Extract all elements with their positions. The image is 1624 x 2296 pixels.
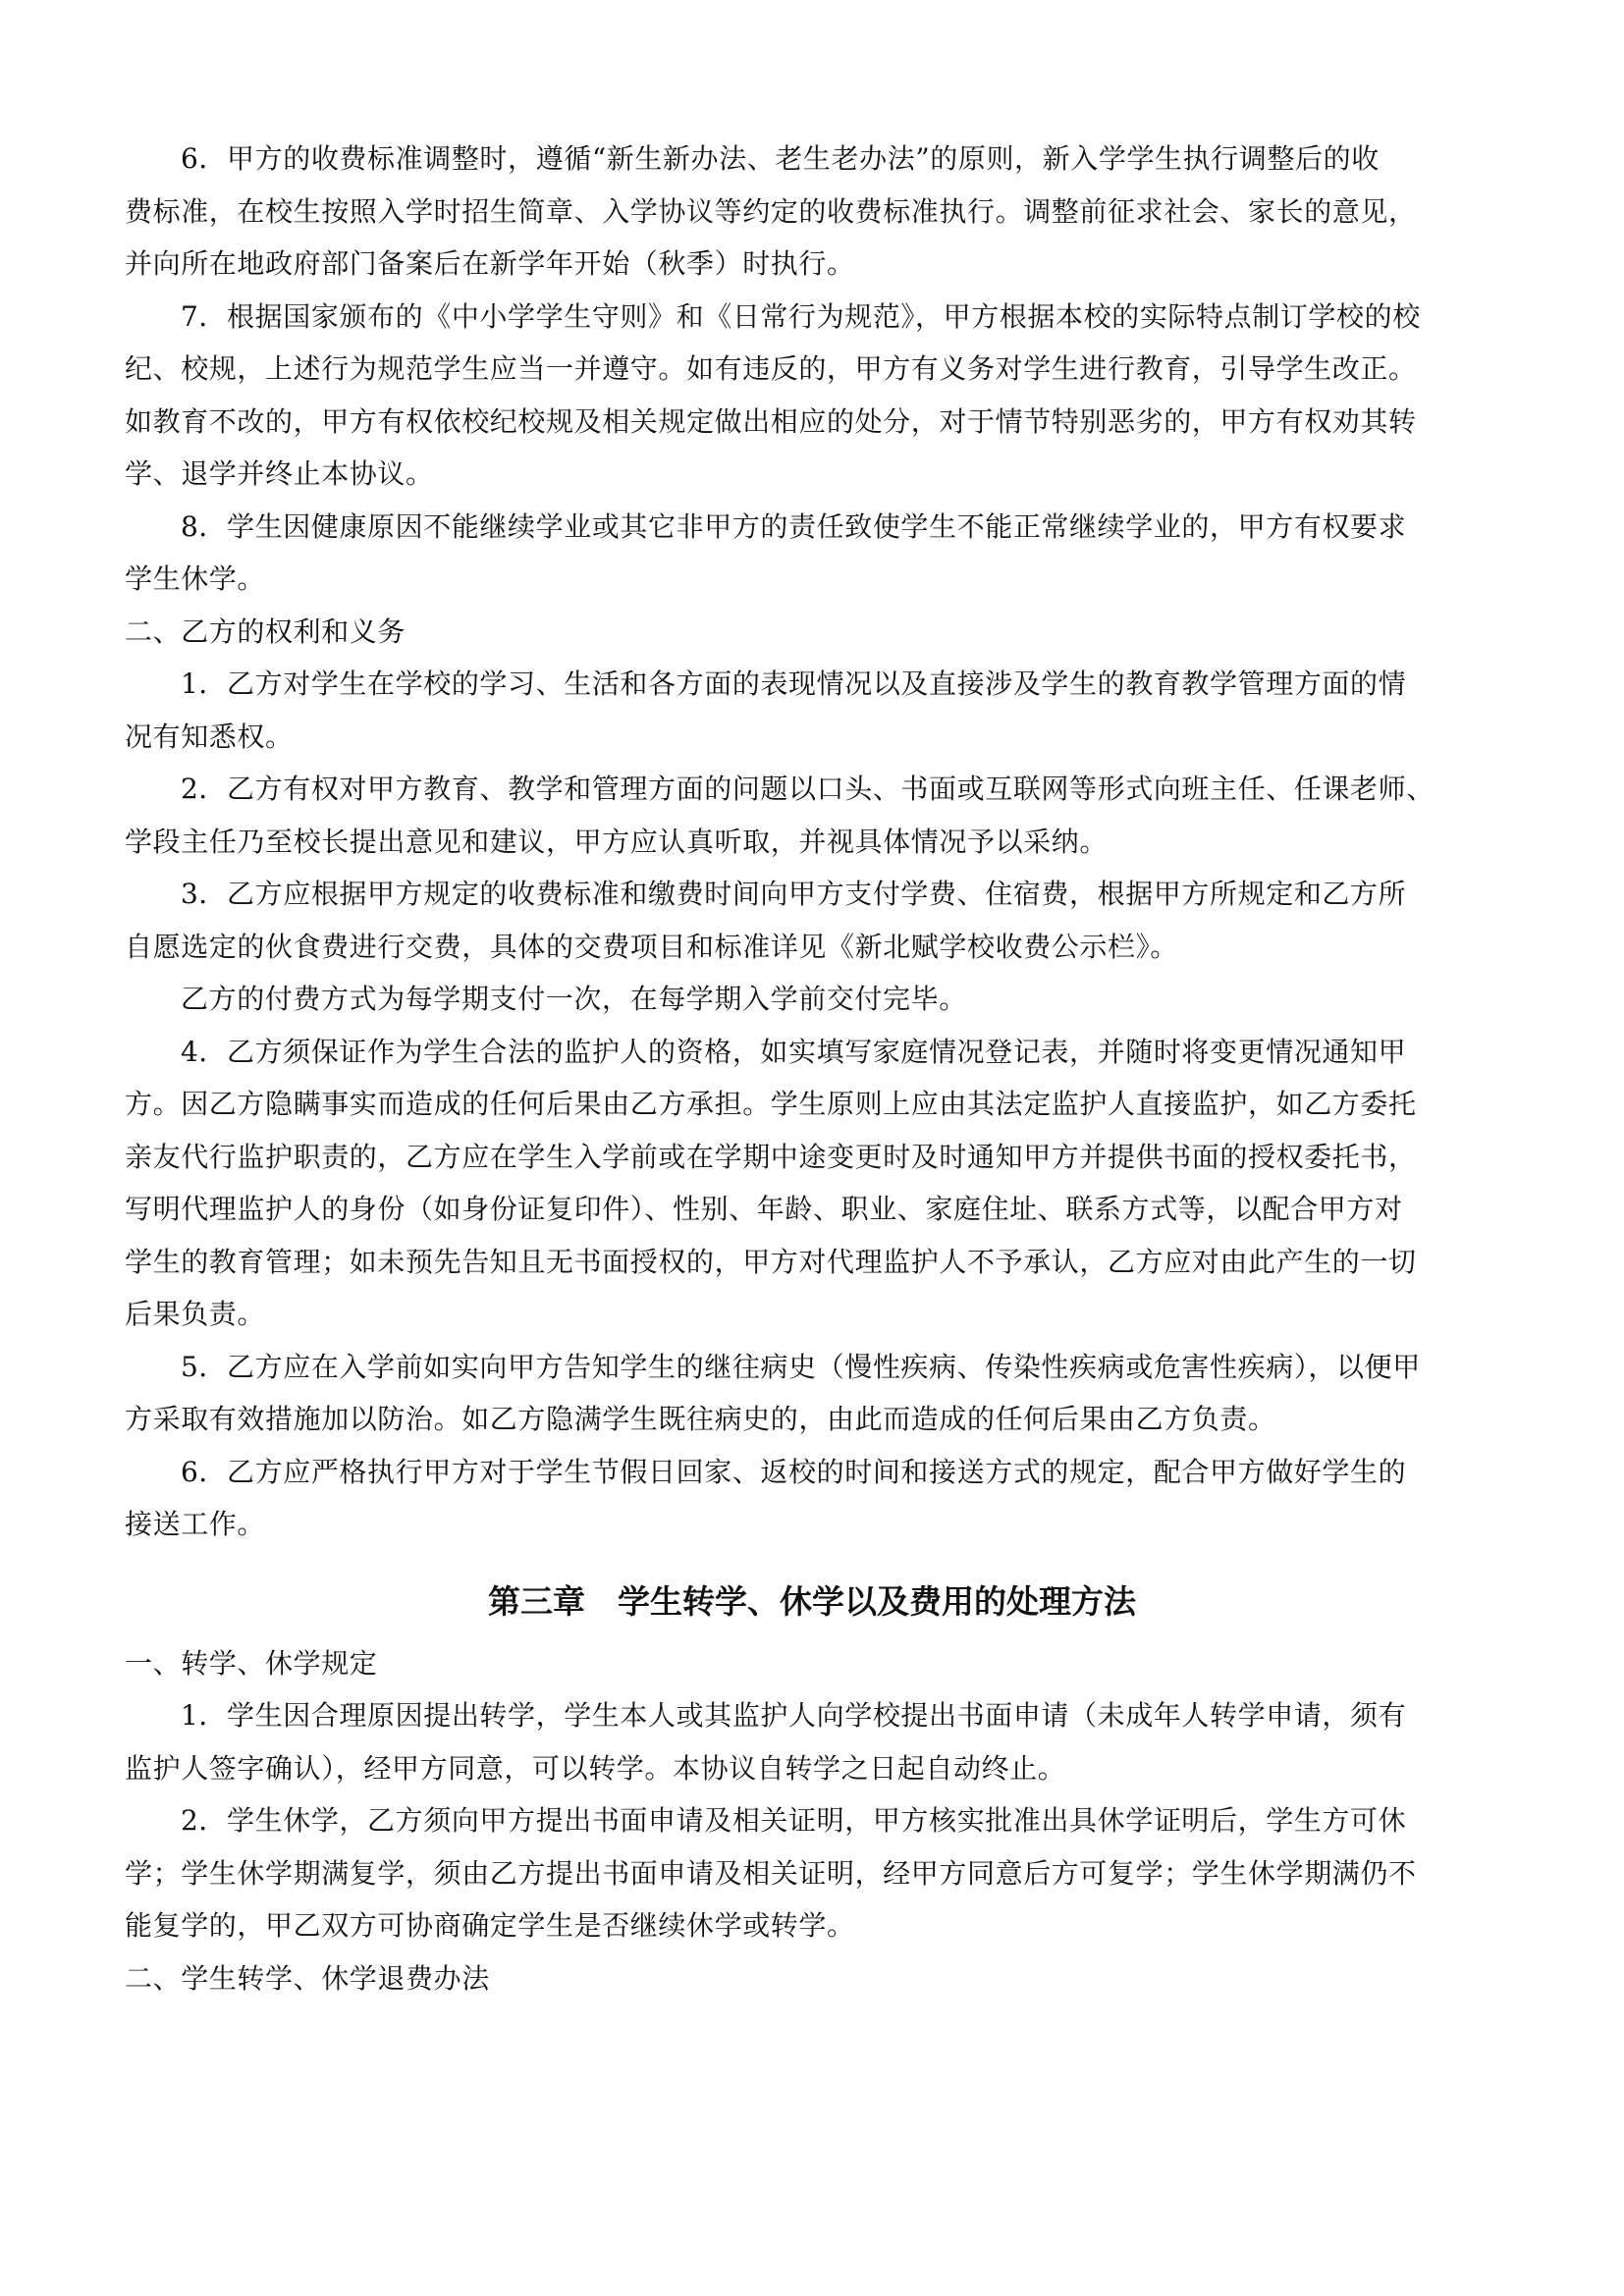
- clause-party-b-1: 1．乙方对学生在学校的学习、生活和各方面的表现情况以及直接涉及学生的教育教学管理…: [125, 658, 1499, 763]
- clause-party-b-4: 4．乙方须保证作为学生合法的监护人的资格，如实填写家庭情况登记表，并随时将变更情…: [125, 1026, 1499, 1341]
- clause-party-b-2: 2．乙方有权对甲方教育、教学和管理方面的问题以口头、书面或互联网等形式向班主任、…: [125, 763, 1499, 868]
- section-title-refund-method: 二、学生转学、休学退费办法: [125, 1952, 1499, 2005]
- text-line: 5．乙方应在入学前如实向甲方告知学生的继往病史（慢性疾病、传染性疾病或危害性疾病…: [125, 1341, 1499, 1394]
- clause-party-a-7: 7．根据国家颁布的《中小学学生守则》和《日常行为规范》，甲方根据本校的实际特点制…: [125, 291, 1499, 501]
- text-line: 接送工作。: [125, 1498, 1499, 1551]
- text-line: 4．乙方须保证作为学生合法的监护人的资格，如实填写家庭情况登记表，并随时将变更情…: [125, 1026, 1499, 1079]
- text-line: 自愿选定的伙食费进行交费，具体的交费项目和标准详见《新北赋学校收费公示栏》。: [125, 921, 1499, 974]
- text-line: 监护人签字确认），经甲方同意，可以转学。本协议自转学之日起自动终止。: [125, 1742, 1499, 1795]
- text-line: 学、退学并终止本协议。: [125, 448, 1499, 501]
- text-line: 1．乙方对学生在学校的学习、生活和各方面的表现情况以及直接涉及学生的教育教学管理…: [125, 658, 1499, 711]
- chapter-heading: 第三章 学生转学、休学以及费用的处理方法: [125, 1567, 1499, 1637]
- clause-party-b-3: 3．乙方应根据甲方规定的收费标准和缴费时间向甲方支付学费、住宿费，根据甲方所规定…: [125, 868, 1499, 1026]
- text-line: 2．学生休学，乙方须向甲方提出书面申请及相关证明，甲方核实批准出具休学证明后，学…: [125, 1794, 1499, 1847]
- text-line: 6．乙方应严格执行甲方对于学生节假日回家、返校的时间和接送方式的规定，配合甲方做…: [125, 1446, 1499, 1499]
- text-line: 学；学生休学期满复学，须由乙方提出书面申请及相关证明，经甲方同意后方可复学；学生…: [125, 1847, 1499, 1900]
- text-line: 后果负责。: [125, 1288, 1499, 1341]
- text-line: 况有知悉权。: [125, 711, 1499, 764]
- text-line: 学段主任乃至校长提出意见和建议，甲方应认真听取，并视具体情况予以采纳。: [125, 816, 1499, 869]
- text-line: 8．学生因健康原因不能继续学业或其它非甲方的责任致使学生不能正常继续学业的，甲方…: [125, 501, 1499, 554]
- clause-transfer-1: 1．学生因合理原因提出转学，学生本人或其监护人向学校提出书面申请（未成年人转学申…: [125, 1689, 1499, 1794]
- text-line: 纪、校规，上述行为规范学生应当一并遵守。如有违反的，甲方有义务对学生进行教育，引…: [125, 343, 1499, 396]
- clause-party-b-5: 5．乙方应在入学前如实向甲方告知学生的继往病史（慢性疾病、传染性疾病或危害性疾病…: [125, 1341, 1499, 1446]
- text-line: 方采取有效措施加以防治。如乙方隐满学生既往病史的，由此而造成的任何后果由乙方负责…: [125, 1393, 1499, 1446]
- payment-note: 乙方的付费方式为每学期支付一次，在每学期入学前交付完毕。: [125, 973, 1499, 1026]
- text-line: 3．乙方应根据甲方规定的收费标准和缴费时间向甲方支付学费、住宿费，根据甲方所规定…: [125, 868, 1499, 921]
- text-line: 1．学生因合理原因提出转学，学生本人或其监护人向学校提出书面申请（未成年人转学申…: [125, 1689, 1499, 1742]
- text-line: 学生的教育管理；如未预先告知且无书面授权的，甲方对代理监护人不予承认，乙方应对由…: [125, 1236, 1499, 1289]
- clause-party-b-6: 6．乙方应严格执行甲方对于学生节假日回家、返校的时间和接送方式的规定，配合甲方做…: [125, 1446, 1499, 1551]
- section-title-transfer-rules: 一、转学、休学规定: [125, 1637, 1499, 1690]
- text-line: 7．根据国家颁布的《中小学学生守则》和《日常行为规范》，甲方根据本校的实际特点制…: [125, 291, 1499, 344]
- text-line: 方。因乙方隐瞒事实而造成的任何后果由乙方承担。学生原则上应由其法定监护人直接监护…: [125, 1078, 1499, 1131]
- text-line: 如教育不改的，甲方有权依校纪校规及相关规定做出相应的处分，对于情节特别恶劣的，甲…: [125, 396, 1499, 449]
- text-line: 费标准，在校生按照入学时招生简章、入学协议等约定的收费标准执行。调整前征求社会、…: [125, 186, 1499, 239]
- section-title-party-b-rights: 二、乙方的权利和义务: [125, 606, 1499, 659]
- text-line: 并向所在地政府部门备案后在新学年开始（秋季）时执行。: [125, 238, 1499, 291]
- text-line: 能复学的，甲乙双方可协商确定学生是否继续休学或转学。: [125, 1899, 1499, 1952]
- text-line: 6．甲方的收费标准调整时，遵循“新生新办法、老生老办法”的原则，新入学学生执行调…: [125, 133, 1499, 186]
- clause-transfer-2: 2．学生休学，乙方须向甲方提出书面申请及相关证明，甲方核实批准出具休学证明后，学…: [125, 1794, 1499, 1952]
- text-line: 2．乙方有权对甲方教育、教学和管理方面的问题以口头、书面或互联网等形式向班主任、…: [125, 763, 1499, 816]
- document-page: 6．甲方的收费标准调整时，遵循“新生新办法、老生老办法”的原则，新入学学生执行调…: [125, 133, 1499, 2004]
- clause-party-a-8: 8．学生因健康原因不能继续学业或其它非甲方的责任致使学生不能正常继续学业的，甲方…: [125, 501, 1499, 606]
- clause-party-a-6: 6．甲方的收费标准调整时，遵循“新生新办法、老生老办法”的原则，新入学学生执行调…: [125, 133, 1499, 291]
- text-line: 亲友代行监护职责的，乙方应在学生入学前或在学期中途变更时及时通知甲方并提供书面的…: [125, 1131, 1499, 1184]
- text-line: 学生休学。: [125, 553, 1499, 606]
- text-line: 写明代理监护人的身份（如身份证复印件）、性别、年龄、职业、家庭住址、联系方式等，…: [125, 1183, 1499, 1236]
